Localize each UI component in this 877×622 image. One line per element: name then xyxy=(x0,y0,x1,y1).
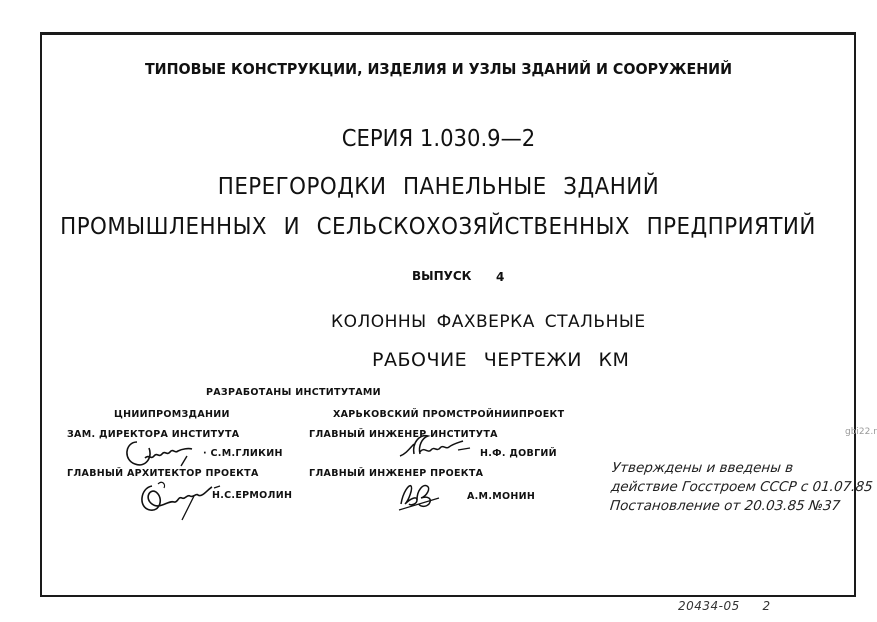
series-number: СЕРИЯ 1.030.9—2 xyxy=(35,126,842,152)
title-line-1: ПЕРЕГОРОДКИ ПАНЕЛЬНЫЕ ЗДАНИЙ xyxy=(31,174,847,200)
subtitle-line-2: РАБОЧИЕ ЧЕРТЕЖИ КМ xyxy=(372,349,629,371)
approval-line-2: действие Госстроем СССР с 01.07.85 xyxy=(610,479,873,495)
signature-glikin-icon xyxy=(123,436,203,470)
approval-line-3: Постановление от 20.03.85 №37 xyxy=(609,498,841,514)
issue-number: 4 xyxy=(496,270,504,284)
right-name-2: А.М.МОНИН xyxy=(467,491,535,502)
title-line-2: ПРОМЫШЛЕННЫХ И СЕЛЬСКОХОЗЯЙСТВЕННЫХ ПРЕД… xyxy=(10,214,866,240)
right-name-1: Н.Ф. ДОВГИЙ xyxy=(480,448,557,459)
signature-ermolin-icon xyxy=(134,478,224,522)
left-name-2: Н.С.ЕРМОЛИН xyxy=(212,490,292,501)
left-institute: ЦНИИПРОМЗДАНИИ xyxy=(114,409,230,420)
subtitle-line-1: КОЛОННЫ ФАХВЕРКА СТАЛЬНЫЕ xyxy=(331,312,646,332)
sheet-number: 2 xyxy=(762,599,770,613)
document-number: 20434-05 2 xyxy=(678,599,771,613)
watermark: gbi22.ru xyxy=(845,427,877,437)
doc-number: 20434-05 xyxy=(678,599,740,613)
signature-monin-icon xyxy=(395,478,443,514)
issue-label: ВЫПУСК xyxy=(412,269,472,283)
document-category: ТИПОВЫЕ КОНСТРУКЦИИ, ИЗДЕЛИЯ И УЗЛЫ ЗДАН… xyxy=(35,60,842,78)
left-name-1-text: С.М.ГЛИКИН xyxy=(211,448,283,459)
right-institute: ХАРЬКОВСКИЙ ПРОМСТРОЙНИИПРОЕКТ xyxy=(333,409,564,420)
approval-line-1: Утверждены и введены в xyxy=(611,460,794,476)
left-name-1: · С.М.ГЛИКИН xyxy=(203,448,283,459)
signature-dovgiy-icon xyxy=(398,432,474,462)
developers-heading: РАЗРАБОТАНЫ ИНСТИТУТАМИ xyxy=(206,387,381,398)
